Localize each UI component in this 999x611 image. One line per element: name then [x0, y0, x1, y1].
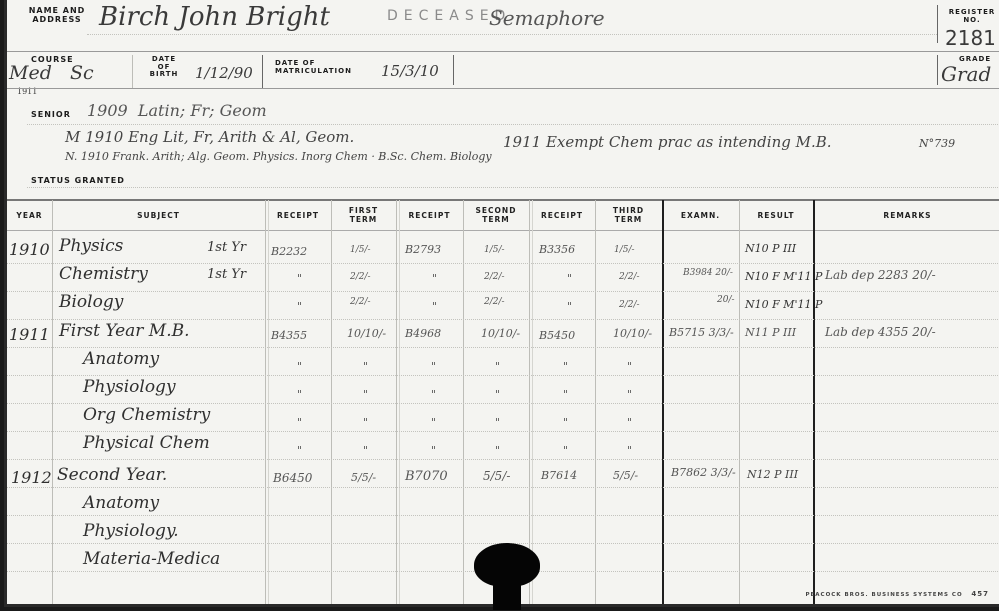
row-receipt-2: "	[431, 388, 436, 401]
col-header-second-term-text: Second Term	[472, 206, 520, 224]
col-header-receipt-1: Receipt	[265, 204, 331, 226]
matric-subjects: M 1910 Eng Lit, Fr, Arith & Al, Geom.	[65, 128, 354, 146]
row-third-term: 10/10/-	[613, 327, 652, 340]
row-first-term: 5/5/-	[351, 471, 376, 484]
col-header-receipt-3: Receipt	[529, 204, 595, 226]
row-subject: Anatomy	[83, 493, 159, 513]
row-receipt-3: B7614	[541, 469, 577, 482]
row-receipt-2: "	[431, 444, 436, 457]
row-third-term: "	[627, 444, 632, 457]
matriculation-label: Date of Matriculation	[275, 60, 365, 75]
row-note: 1st Yr	[207, 240, 246, 255]
row-first-term: 2/2/-	[350, 272, 371, 282]
dob-value: 1/12/90	[195, 64, 253, 82]
row-receipt-2: B4968	[405, 327, 441, 340]
name-label-text: Name and Address	[27, 7, 87, 25]
student-name: Birch John Bright	[99, 2, 330, 32]
row-receipt-3: B3356	[539, 243, 575, 256]
row-year: 1910	[9, 240, 50, 259]
row-first-term: 1/5/-	[350, 245, 371, 255]
printer-imprint: PEACOCK BROS. BUSINESS SYSTEMS CO 457	[805, 590, 989, 598]
row-first-term: "	[363, 416, 368, 429]
row-receipt-3: "	[563, 388, 568, 401]
name-address-label: Name and Address	[27, 7, 87, 25]
course-value: Med Sc	[9, 62, 94, 84]
row-year: 1912	[11, 468, 52, 487]
grade-value: Grad	[941, 62, 991, 86]
col-header-receipt-3-text: Receipt	[541, 211, 583, 220]
row-exam: B7862 3/3/-	[671, 466, 736, 479]
row-second-term: 5/5/-	[483, 469, 510, 483]
row-subject: Anatomy	[83, 349, 159, 369]
col-header-examn-text: Examn.	[681, 211, 720, 220]
row-first-term: "	[363, 444, 368, 457]
row-exam: B3984 20/-	[683, 268, 733, 278]
row-subject: Physiology.	[83, 521, 179, 541]
row-subject: Chemistry	[59, 264, 148, 284]
row-result: N12 P III	[747, 468, 798, 481]
row-receipt-1: "	[297, 360, 302, 373]
row-receipt-1: B4355	[271, 329, 307, 342]
row-receipt-2: "	[431, 416, 436, 429]
row-third-term: 1/5/-	[614, 245, 635, 255]
form-number: 457	[971, 590, 989, 598]
col-header-year-text: Year	[16, 211, 42, 220]
printer-name: PEACOCK BROS. BUSINESS SYSTEMS CO	[805, 592, 962, 598]
row-result: N11 P III	[745, 326, 796, 339]
row-remarks: Lab dep 2283 20/-	[825, 268, 936, 282]
col-header-receipt-2: Receipt	[396, 204, 463, 226]
row-remarks: Lab dep 4355 20/-	[825, 325, 936, 339]
student-record-card: Name and Address Birch John Bright DECEA…	[4, 0, 999, 607]
row-subject: Physics	[59, 236, 123, 256]
row-third-term: 2/2/-	[619, 272, 640, 282]
row-second-term: "	[495, 416, 500, 429]
row-subject: Physical Chem	[83, 433, 210, 453]
punch-hole-stem	[493, 570, 521, 610]
row-subject: Physiology	[83, 377, 176, 397]
exemption-note: 1911 Exempt Chem prac as intending M.B.	[503, 133, 832, 151]
row-subject: Org Chemistry	[83, 405, 210, 425]
status-granted-label: Status Granted	[31, 177, 125, 186]
row-first-term: "	[363, 360, 368, 373]
row-third-term: "	[627, 388, 632, 401]
row-first-term: "	[363, 388, 368, 401]
row-receipt-1: B2232	[271, 245, 307, 258]
row-receipt-3: "	[563, 416, 568, 429]
col-header-second-term: Second Term	[463, 204, 529, 226]
row-subject: First Year M.B.	[59, 321, 190, 341]
col-header-third-term: Third Term	[595, 204, 662, 226]
address-value: Semaphore	[489, 6, 605, 30]
row-receipt-2: B7070	[405, 469, 448, 484]
register-number: 2181	[945, 26, 996, 50]
exemption-number: N°739	[919, 137, 955, 150]
row-second-term: "	[495, 388, 500, 401]
row-note: 1st Yr	[207, 267, 246, 282]
row-second-term: 2/2/-	[484, 272, 505, 282]
row-subject: Materia-Medica	[83, 549, 220, 569]
row-third-term: "	[627, 416, 632, 429]
matriculation-date: 15/3/10	[381, 62, 439, 80]
col-header-subject: Subject	[52, 204, 265, 226]
row-receipt-1: "	[297, 272, 302, 285]
row-receipt-2: "	[431, 360, 436, 373]
col-header-receipt-2-text: Receipt	[409, 211, 451, 220]
row-receipt-3: "	[563, 444, 568, 457]
row-second-term: "	[495, 444, 500, 457]
row-result: N10 F M'11 P	[745, 298, 822, 311]
row-first-term: 10/10/-	[347, 327, 386, 340]
row-receipt-2: B2793	[405, 243, 441, 256]
senior-label: Senior	[31, 111, 71, 120]
row-subject: Second Year.	[57, 465, 167, 485]
row-receipt-3: "	[567, 300, 572, 313]
row-second-term: 1/5/-	[484, 245, 505, 255]
row-receipt-2: "	[432, 272, 437, 285]
senior-value: 1909 Latin; Fr; Geom	[87, 101, 267, 120]
row-receipt-1: "	[297, 416, 302, 429]
other-subjects: N. 1910 Frank. Arith; Alg. Geom. Physics…	[65, 150, 492, 163]
dob-label: Date of Birth	[147, 56, 181, 79]
col-header-receipt-1-text: Receipt	[277, 211, 319, 220]
row-exam: B5715 3/3/-	[669, 326, 734, 339]
row-second-term: "	[495, 360, 500, 373]
col-header-year: Year	[7, 204, 52, 226]
row-third-term: 5/5/-	[613, 469, 638, 482]
col-header-first-term-text: First Term	[344, 206, 384, 224]
row-receipt-3: "	[563, 360, 568, 373]
row-exam: 20/-	[717, 295, 735, 305]
row-receipt-3: B5450	[539, 329, 575, 342]
col-header-result: Result	[739, 204, 813, 226]
col-header-subject-text: Subject	[137, 211, 180, 220]
row-first-term: 2/2/-	[350, 297, 371, 307]
col-header-remarks: Remarks	[813, 204, 999, 226]
row-second-term: 2/2/-	[484, 297, 505, 307]
row-receipt-3: "	[567, 272, 572, 285]
row-result: N10 F M'11 P	[745, 270, 822, 283]
row-receipt-1: "	[297, 444, 302, 457]
col-header-remarks-text: Remarks	[883, 211, 931, 220]
col-header-examn: Examn.	[662, 204, 739, 226]
row-result: N10 P III	[745, 242, 796, 255]
row-third-term: "	[627, 360, 632, 373]
row-receipt-2: "	[432, 300, 437, 313]
row-third-term: 2/2/-	[619, 300, 640, 310]
row-second-term: 10/10/-	[481, 327, 520, 340]
row-receipt-1: B6450	[273, 471, 312, 485]
col-header-result-text: Result	[757, 211, 794, 220]
row-subject: Biology	[59, 292, 123, 312]
row-receipt-1: "	[297, 300, 302, 313]
row-year: 1911	[9, 325, 50, 344]
register-label: Register No.	[947, 9, 997, 24]
col-header-first-term: First Term	[331, 204, 396, 226]
col-header-third-term-text: Third Term	[609, 206, 649, 224]
row-receipt-1: "	[297, 388, 302, 401]
